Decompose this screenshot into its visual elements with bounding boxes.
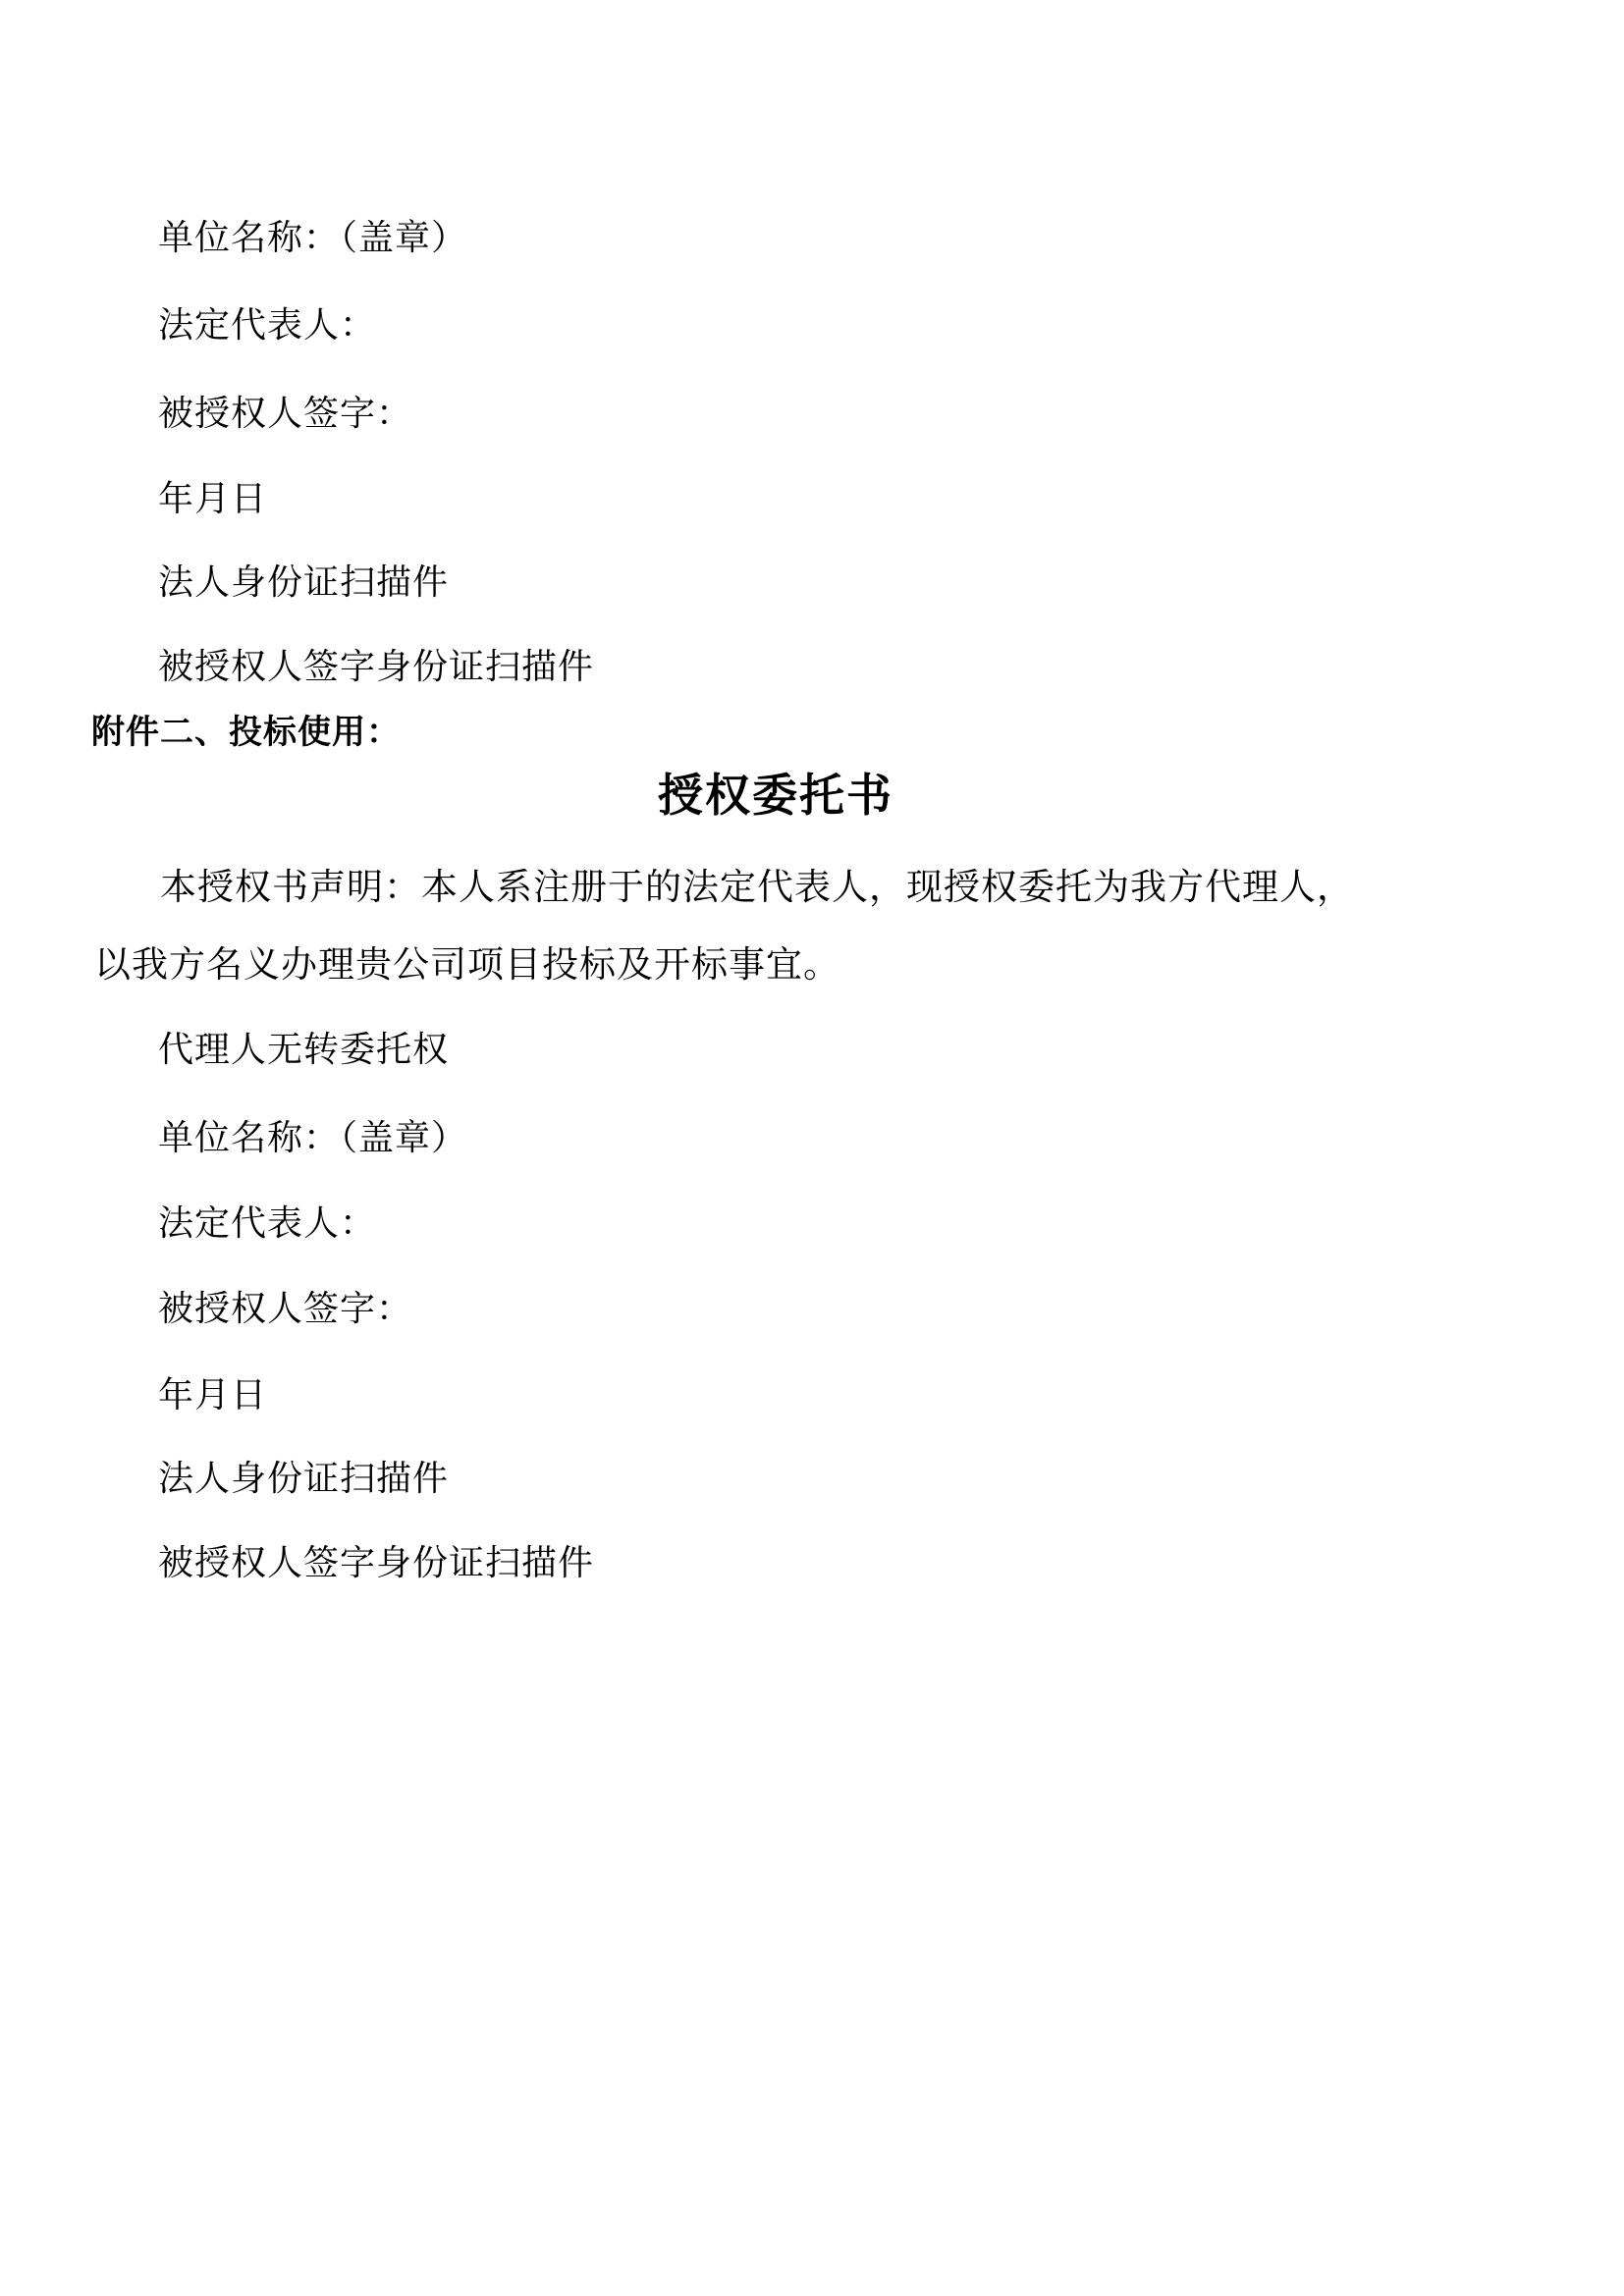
document-title: 授权委托书 (0, 769, 1551, 822)
declaration-paragraph-line-2: 以我方名义办理贵公司项目投标及开标事宜。 (94, 941, 840, 988)
att2-date-line: 年月日 (158, 1373, 267, 1418)
att1-legal-representative-line: 法定代表人： (158, 303, 376, 348)
att1-authorized-person-signature-line: 被授权人签字： (158, 392, 412, 437)
att1-authorized-person-id-scan-line: 被授权人签字身份证扫描件 (158, 645, 594, 690)
att2-authorized-person-signature-line: 被授权人签字： (158, 1287, 412, 1332)
att2-authorized-person-id-scan-line: 被授权人签字身份证扫描件 (158, 1541, 594, 1586)
declaration-paragraph-line-1: 本授权书声明：本人系注册于的法定代表人，现授权委托为我方代理人， (160, 864, 1354, 911)
att1-unit-name-line: 单位名称：（盖章） (158, 216, 467, 261)
att2-legal-person-id-scan-line: 法人身份证扫描件 (158, 1457, 449, 1502)
att1-date-line: 年月日 (158, 477, 267, 522)
agent-no-subdelegation-line: 代理人无转委托权 (158, 1028, 449, 1073)
att2-unit-name-line: 单位名称：（盖章） (158, 1116, 467, 1161)
att1-legal-person-id-scan-line: 法人身份证扫描件 (158, 561, 449, 606)
att2-legal-representative-line: 法定代表人： (158, 1201, 376, 1247)
attachment-two-heading: 附件二、投标使用： (91, 711, 401, 754)
document-page: 单位名称：（盖章） 法定代表人： 被授权人签字： 年月日 法人身份证扫描件 被授… (0, 0, 1624, 2296)
